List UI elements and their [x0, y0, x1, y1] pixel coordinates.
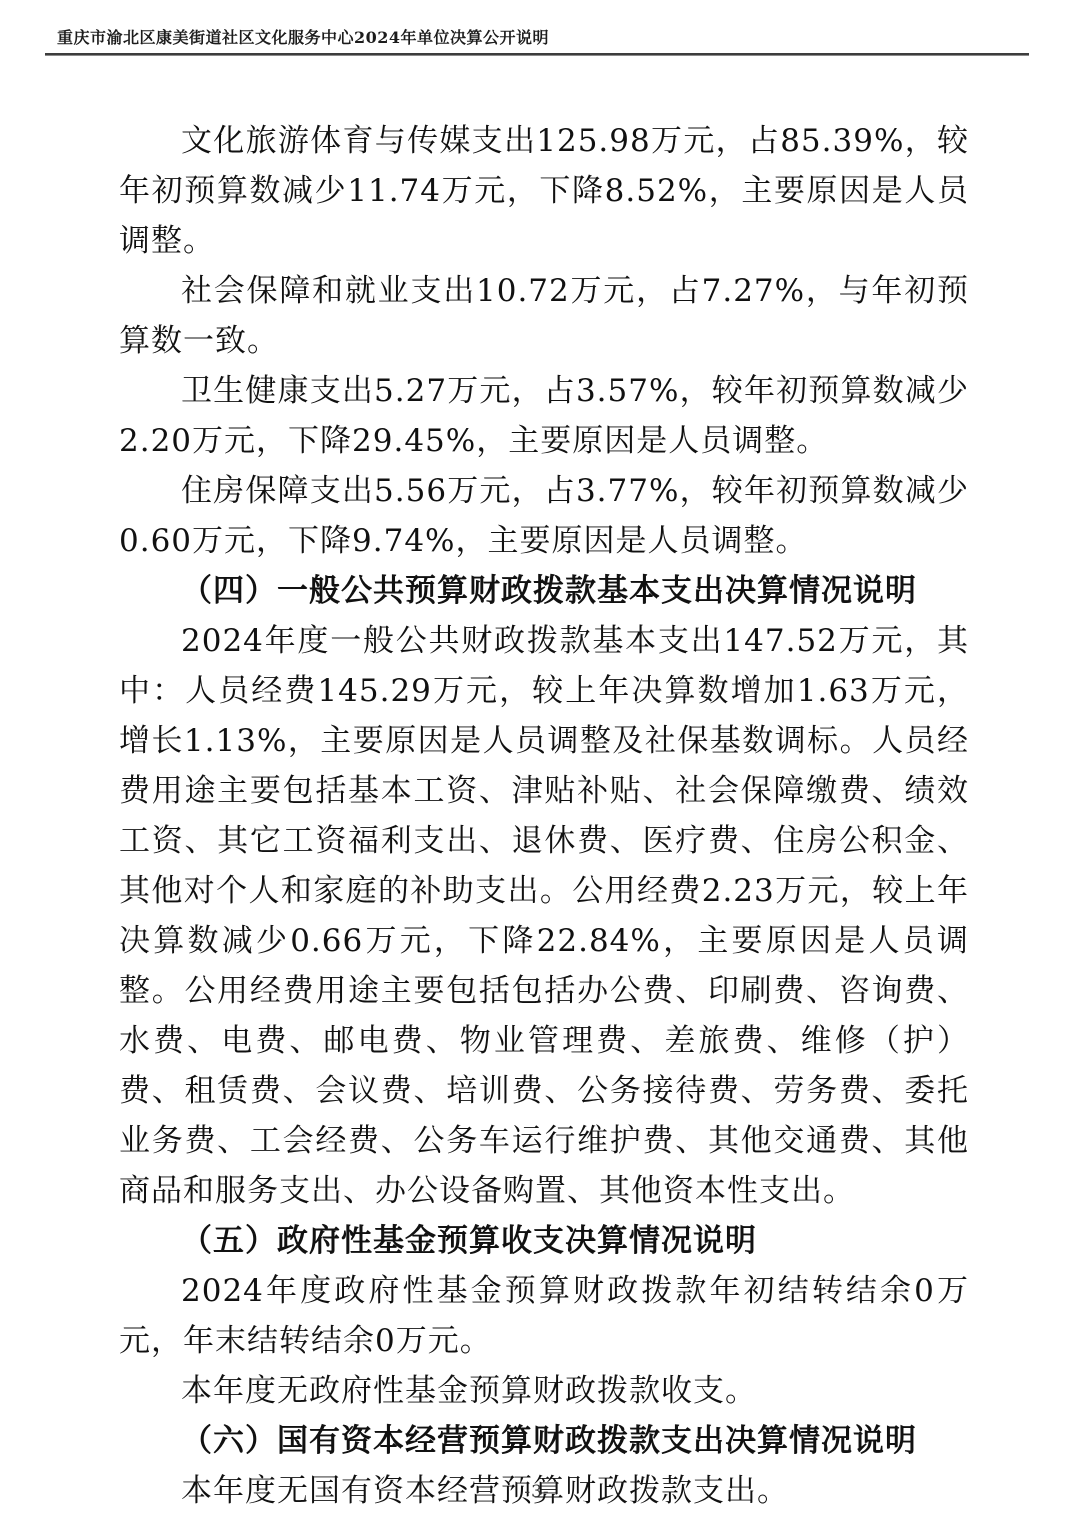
paragraph: 卫生健康支出5.27万元，占3.57%，较年初预算数减少2.20万元，下降29.…: [119, 366, 969, 466]
section-heading: （五）政府性基金预算收支决算情况说明: [119, 1216, 969, 1266]
paragraph: 本年度无政府性基金预算财政拨款收支。: [119, 1366, 969, 1416]
paragraph: 住房保障支出5.56万元，占3.77%，较年初预算数减少0.60万元，下降9.7…: [119, 466, 969, 566]
page-number: -3-: [524, 1482, 549, 1502]
page-footer: -3-: [0, 1482, 1074, 1502]
paragraph: 2024年度政府性基金预算财政拨款年初结转结余0万元，年末结转结余0万元。: [119, 1266, 969, 1366]
header-rule: [45, 53, 1029, 56]
header-title: 重庆市渝北区康美街道社区文化服务中心2024年单位决算公开说明: [45, 28, 1029, 48]
section-heading: （四）一般公共预算财政拨款基本支出决算情况说明: [119, 566, 969, 616]
paragraph: 社会保障和就业支出10.72万元，占7.27%，与年初预算数一致。: [119, 266, 969, 366]
document-body: 文化旅游体育与传媒支出125.98万元，占85.39%，较年初预算数减少11.7…: [119, 116, 969, 1516]
paragraph: 2024年度一般公共财政拨款基本支出147.52万元，其中：人员经费145.29…: [119, 616, 969, 1216]
page-header: 重庆市渝北区康美街道社区文化服务中心2024年单位决算公开说明: [45, 28, 1029, 56]
document-page: 重庆市渝北区康美街道社区文化服务中心2024年单位决算公开说明 文化旅游体育与传…: [0, 0, 1074, 1520]
paragraph: 文化旅游体育与传媒支出125.98万元，占85.39%，较年初预算数减少11.7…: [119, 116, 969, 266]
section-heading: （六）国有资本经营预算财政拨款支出决算情况说明: [119, 1416, 969, 1466]
